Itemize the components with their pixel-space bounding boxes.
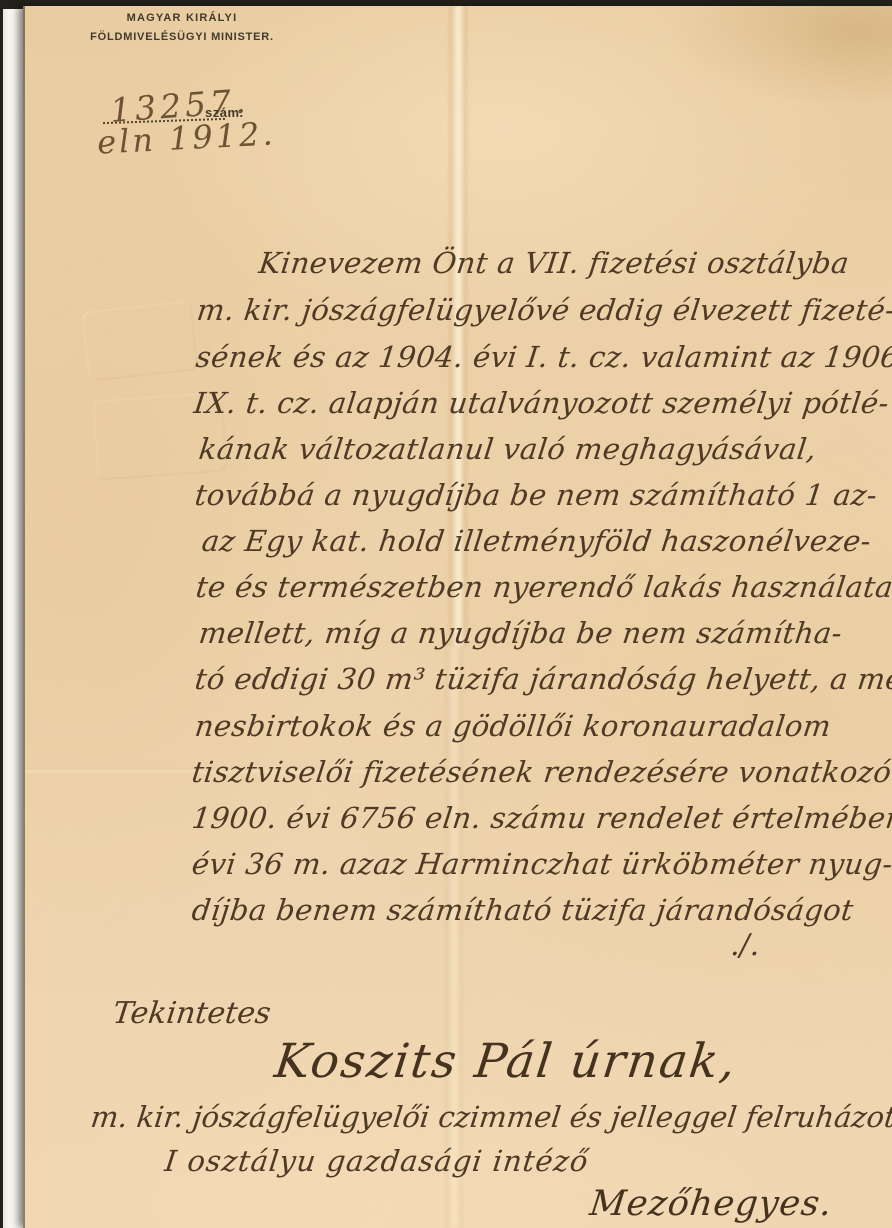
handwritten-line: sének és az 1904. évi I. t. cz. valamint… [194, 340, 892, 374]
backing-sheet [3, 9, 23, 1228]
handwritten-line: mellett, míg a nyugdíjba be nem számítha… [197, 616, 844, 650]
handwritten-line: nesbirtokok és a gödöllői koronauradalom [193, 709, 833, 743]
recipient-title-line1: m. kir. jószágfelügyelői czimmel és jell… [89, 1100, 892, 1134]
year-note: eln 1912. [96, 114, 276, 161]
letterhead-line2: FÖLDMIVELÉSÜGYI MINISTER. [87, 31, 277, 43]
recipient-title-line2: I osztályu gazdasági intéző [163, 1144, 591, 1178]
handwritten-line: tó eddigi 30 m³ tüzifa járandóság helyet… [193, 662, 892, 696]
handwritten-line: díjba benem számítható tüzifa járandóság… [190, 893, 855, 927]
handwritten-line: te és természetben nyerendő lakás haszná… [194, 570, 892, 604]
handwritten-line: IX. t. cz. alapján utalványozott személy… [192, 386, 891, 420]
recipient-name: Koszits Pál úrnak, [272, 1034, 741, 1089]
handwritten-line: Kinevezem Önt a VII. fizetési osztályba [257, 246, 851, 280]
handwritten-line: m. kir. jószágfelügyelővé eddig élvezett… [195, 293, 892, 327]
embossed-mark [82, 300, 199, 381]
handwritten-line: évi 36 m. azaz Harminczhat ürköbméter ny… [190, 847, 892, 881]
end-mark: ./. [730, 928, 759, 963]
handwritten-line: 1900. évi 6756 eln. számu rendelet értel… [190, 801, 892, 835]
handwritten-line: továbbá a nyugdíjba be nem számítható 1 … [193, 478, 879, 512]
letterhead-line1: MAGYAR KIRÁLYI [87, 12, 277, 24]
handwritten-line: kának változatlanul való meghagyásával, [197, 432, 818, 466]
location: Mezőhegyes. [588, 1184, 835, 1224]
handwritten-line: az Egy kat. hold illetményföld haszonélv… [200, 524, 873, 558]
scanned-letter: MAGYAR KIRÁLYI FÖLDMIVELÉSÜGYI MINISTER.… [0, 0, 892, 1228]
printed-letterhead: MAGYAR KIRÁLYI FÖLDMIVELÉSÜGYI MINISTER. [87, 12, 277, 43]
letter-paper: MAGYAR KIRÁLYI FÖLDMIVELÉSÜGYI MINISTER.… [23, 6, 892, 1228]
salutation: Tekintetes [111, 996, 273, 1031]
handwritten-line: tisztviselői fizetésének rendezésére von… [190, 755, 892, 789]
